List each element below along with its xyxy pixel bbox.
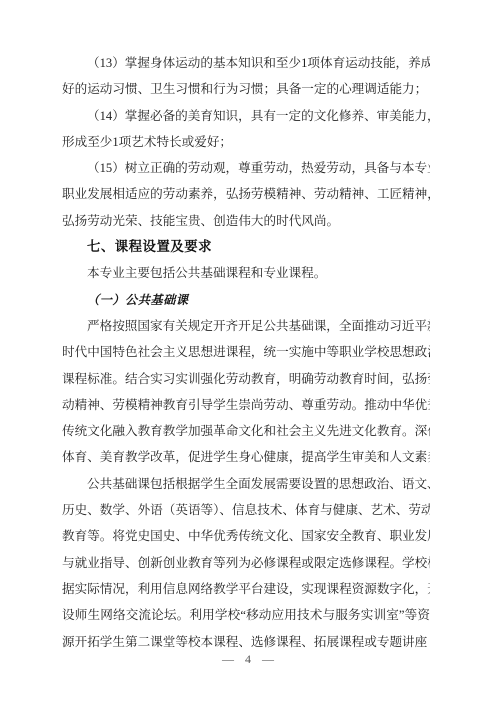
line-pa-5: 传统文化融入教育教学加强革命文化和社会主义先进文化教育。深化 xyxy=(62,418,430,444)
line-pb-4: 与就业指导、创新创业教育等列为必修课程或限定选修课程。学校根 xyxy=(62,550,430,576)
document-page: （13）掌握身体运动的基本知识和至少1项体育运动技能，养成良 好的运动习惯、卫生… xyxy=(0,0,500,707)
section-heading-7: 七、课程设置及要求 xyxy=(62,234,430,260)
line-p14-1: （14）掌握必备的美育知识，具有一定的文化修养、审美能力， xyxy=(62,103,430,129)
line-intro: 本专业主要包括公共基础课程和专业课程。 xyxy=(62,260,430,286)
line-pb-3: 教育等。将党史国史、中华优秀传统文化、国家安全教育、职业发展 xyxy=(62,523,430,549)
line-pa-1: 严格按照国家有关规定开齐开足公共基础课，全面推动习近平新 xyxy=(62,313,430,339)
line-p15-3: 弘扬劳动光荣、技能宝贵、创造伟大的时代风尚。 xyxy=(62,208,430,234)
line-pb-1: 公共基础课包括根据学生全面发展需要设置的思想政治、语文、 xyxy=(62,471,430,497)
page-number: — 4 — xyxy=(0,652,500,667)
line-pa-3: 课程标准。结合实习实训强化劳动教育，明确劳动教育时间，弘扬劳 xyxy=(62,366,430,392)
line-p15-1: （15）树立正确的劳动观，尊重劳动，热爱劳动，具备与本专业 xyxy=(62,155,430,181)
line-pa-2: 时代中国特色社会主义思想进课程，统一实施中等职业学校思想政治 xyxy=(62,339,430,365)
line-p15-2: 职业发展相适应的劳动素养，弘扬劳模精神、劳动精神、工匠精神， xyxy=(62,181,430,207)
subsection-heading-1: （一）公共基础课 xyxy=(62,287,430,313)
line-p13-2: 好的运动习惯、卫生习惯和行为习惯；具备一定的心理调适能力； xyxy=(62,76,430,102)
line-p13-1: （13）掌握身体运动的基本知识和至少1项体育运动技能，养成良 xyxy=(62,50,430,76)
line-p14-2: 形成至少1项艺术特长或爱好； xyxy=(62,129,430,155)
text-column: （13）掌握身体运动的基本知识和至少1项体育运动技能，养成良 好的运动习惯、卫生… xyxy=(62,50,430,655)
line-pa-4: 动精神、劳模精神教育引导学生崇尚劳动、尊重劳动。推动中华优秀 xyxy=(62,392,430,418)
line-pb-6: 设师生网络交流论坛。利用学校“移动应用技术与服务实训室”等资 xyxy=(62,602,430,628)
line-pb-7: 源开拓学生第二课堂等校本课程、选修课程、拓展课程或专题讲座（活 xyxy=(62,629,430,655)
line-pb-5: 据实际情况，利用信息网络教学平台建设，实现课程资源数字化，开 xyxy=(62,576,430,602)
line-pa-6: 体育、美育教学改革，促进学生身心健康，提高学生审美和人文素养。 xyxy=(62,444,430,470)
line-pb-2: 历史、数学、外语（英语等）、信息技术、体育与健康、艺术、劳动 xyxy=(62,497,430,523)
